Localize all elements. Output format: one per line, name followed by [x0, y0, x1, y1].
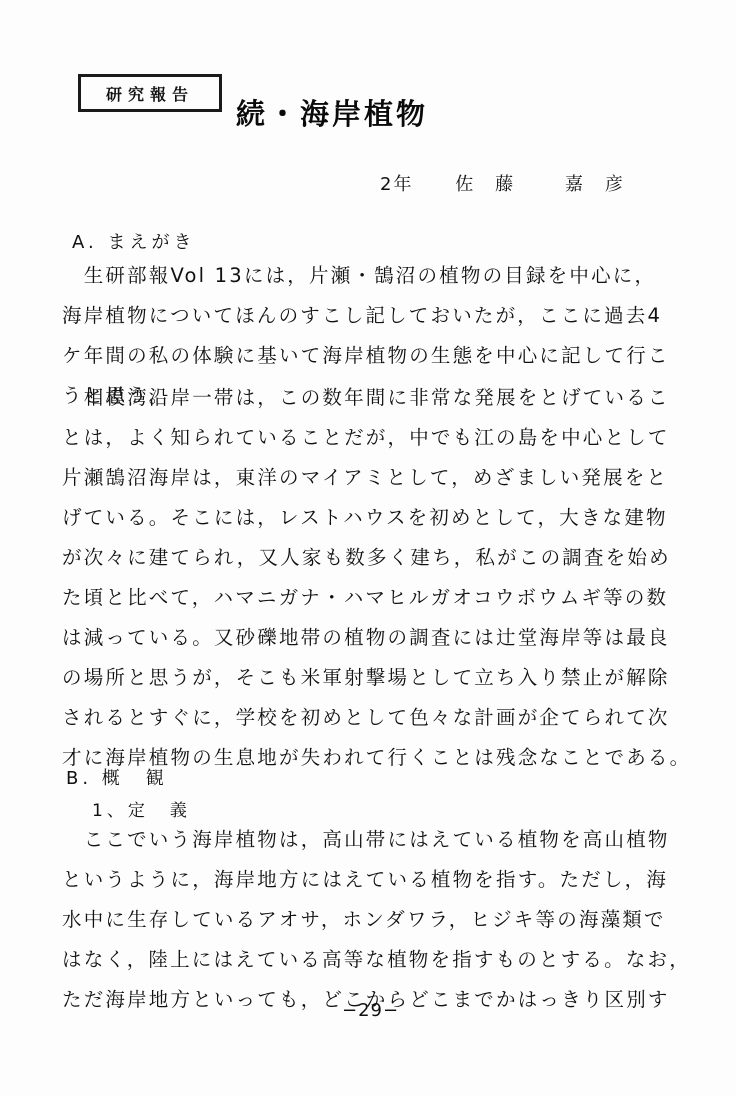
article-title: 続・海岸植物	[236, 92, 428, 133]
text-line: 水中に生存しているアオサ，ホンダワラ，ヒジキ等の海藻類で	[62, 900, 702, 940]
text-line: 相模湾沿岸一帯は，この数年間に非常な発展をとげているこ	[62, 378, 702, 418]
text-line: は減っている。又砂礫地帯の植物の調査には辻堂海岸等は最良	[62, 618, 702, 658]
text-line: されるとすぐに，学校を初めとして色々な計画が企てられて次	[62, 698, 702, 738]
section-a-heading: A. まえがき	[72, 228, 195, 254]
text-line: 海岸植物についてほんのすこし記しておいたが，ここに過去4	[62, 296, 702, 336]
text-line: というように，海岸地方にはえている植物を指す。ただし，海	[62, 860, 702, 900]
section-a-paragraph-2: 相模湾沿岸一帯は，この数年間に非常な発展をとげているこ とは，よく知られているこ…	[62, 378, 702, 778]
text-line: ケ年間の私の体験に基いて海岸植物の生態を中心に記して行こ	[62, 336, 702, 376]
text-line: 片瀬鵠沼海岸は，東洋のマイアミとして，めざましい発展をと	[62, 458, 702, 498]
text-line: とは，よく知られていることだが，中でも江の島を中心として	[62, 418, 702, 458]
text-line: 生研部報Vol 13には，片瀬・鵠沼の植物の目録を中心に，	[62, 256, 702, 296]
subsection-1-heading: 1、定 義	[92, 796, 191, 821]
document-page: 研究報告 続・海岸植物 2年 佐藤 嘉彦 A. まえがき 生研部報Vol 13に…	[0, 0, 736, 1096]
section-b-heading: B. 概 観	[66, 764, 168, 790]
subsection-1-paragraph: ここでいう海岸植物は，高山帯にはえている植物を高山植物 というように，海岸地方に…	[62, 820, 702, 1020]
text-line: ここでいう海岸植物は，高山帯にはえている植物を高山植物	[62, 820, 702, 860]
text-line: が次々に建てられ，又人家も数多く建ち，私がこの調査を始め	[62, 538, 702, 578]
text-line: げている。そこには，レストハウスを初めとして，大きな建物	[62, 498, 702, 538]
text-line: た頃と比べて，ハマニガナ・ハマヒルガオコウボウムギ等の数	[62, 578, 702, 618]
report-type-badge: 研究報告	[78, 74, 222, 112]
text-line: はなく，陸上にはえている高等な植物を指すものとする。なお，	[62, 940, 702, 980]
author-given-name: 嘉彦	[565, 174, 645, 195]
author-surname: 佐藤	[455, 174, 535, 195]
author-grade: 2年	[380, 174, 413, 195]
page-number: −29−	[342, 1000, 399, 1021]
text-line: の場所と思うが，そこも米軍射撃場として立ち入り禁止が解除	[62, 658, 702, 698]
author-line: 2年 佐藤 嘉彦	[380, 170, 645, 196]
